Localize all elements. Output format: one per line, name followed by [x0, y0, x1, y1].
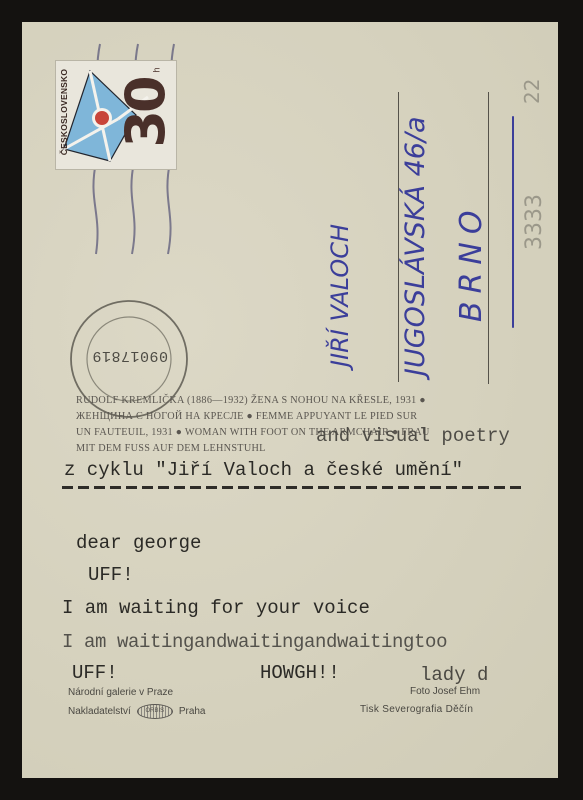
overprint-visual-poetry: and visual poetry	[316, 425, 510, 447]
dashed-divider	[62, 486, 522, 489]
uff-2: UFF!	[72, 662, 118, 684]
stamp-unit: h	[152, 67, 162, 72]
stamp-country: ČESKOSLOVENSKO	[59, 60, 73, 164]
pencil-mark-side: 3333	[522, 194, 547, 250]
credit-publisher: NakladatelstvíORBISPraha	[68, 704, 206, 719]
city-underline	[512, 116, 514, 328]
caption-line-1: RUDOLF KREMLIČKA (1886—1932) ŽENA S NOHO…	[76, 395, 426, 406]
credit-print: Tisk Severografia Děčín	[360, 704, 473, 715]
postage-stamp: ČESKOSLOVENSKO 30 h	[55, 60, 177, 170]
uff-1: UFF!	[88, 564, 134, 586]
orbis-logo-icon: ORBIS	[137, 704, 173, 719]
publisher-city: Praha	[179, 706, 206, 717]
series-title: z cyklu "Jiří Valoch a české umění"	[64, 459, 463, 481]
recipient-name: JIŘÍ VALOCH	[326, 224, 354, 367]
howgh: HOWGH!!	[260, 662, 340, 684]
caption-line-4: MIT DEM FUSS AUF DEM LEHNSTUHL	[76, 443, 266, 454]
publisher-name: Nakladatelství	[68, 706, 131, 717]
credit-gallery: Národní galerie v Praze	[68, 687, 173, 698]
message-line-1: I am waiting for your voice	[62, 597, 370, 619]
stamp-value: 30	[106, 73, 177, 153]
caption-line-2: ЖЕНЩИНА С НОГОЙ НА КРЕСЛЕ ● FEMME APPUYA…	[76, 411, 417, 422]
postcard: ČESKOSLOVENSKO 30 h 09017819 JIŘÍ VALOCH…	[22, 22, 558, 778]
greeting: dear george	[76, 532, 201, 554]
message-line-2: I am waitingandwaitingandwaitingtoo	[62, 631, 447, 653]
signature: lady d	[420, 664, 488, 686]
address-rule-1	[398, 92, 399, 382]
recipient-street: JUGOSLÁVSKÁ 46/a	[400, 116, 431, 376]
pencil-mark-top: 22	[520, 79, 544, 104]
credit-photo: Foto Josef Ehm	[410, 686, 480, 697]
recipient-city: BRNO	[454, 203, 489, 322]
postmark-date: 09017819	[92, 347, 168, 364]
